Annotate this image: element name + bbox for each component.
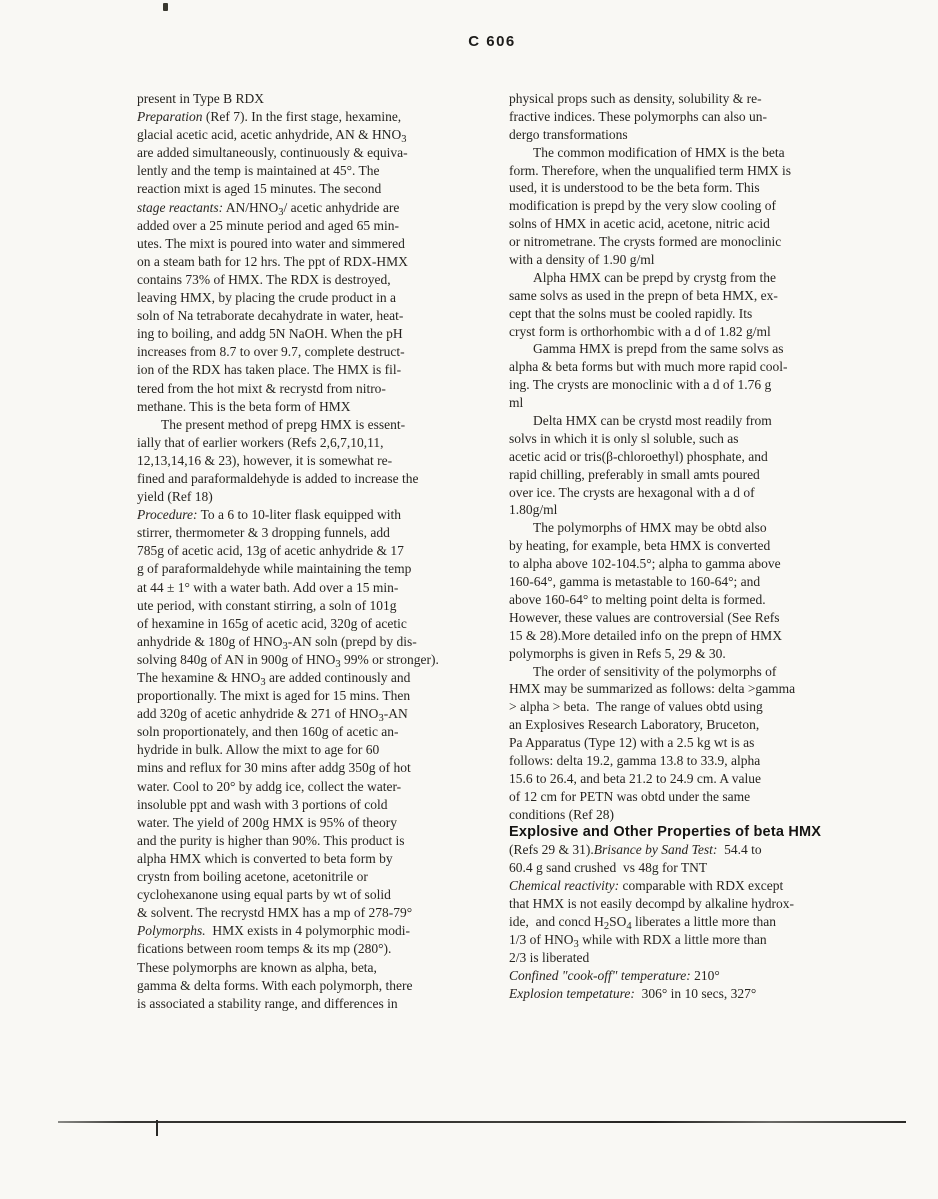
text-segment: lently and the temp is maintained at 45°…: [137, 163, 379, 178]
text-segment: 306° in 10 secs, 327°: [635, 986, 756, 1001]
text-segment: tered from the hot mixt & recrystd from …: [137, 381, 386, 396]
text-segment: Chemical reactivity:: [509, 878, 619, 893]
text-segment: These polymorphs are known as alpha, bet…: [137, 960, 377, 975]
text-segment: cept that the solns must be cooled rapid…: [509, 306, 752, 321]
text-segment: methane. This is the beta form of HMX: [137, 399, 350, 414]
text-line: with a density of 1.90 g/ml: [509, 251, 881, 269]
text-line: water. The yield of 200g HMX is 95% of t…: [137, 814, 509, 832]
text-line: The polymorphs of HMX may be obtd also: [509, 519, 881, 537]
text-segment: ml: [509, 395, 523, 410]
text-segment: / acetic anhydride are: [284, 200, 400, 215]
text-segment: increases from 8.7 to over 9.7, complete…: [137, 344, 405, 359]
text-segment: mins and reflux for 30 mins after addg 3…: [137, 760, 411, 775]
text-line: g of paraformaldehyde while maintaining …: [137, 560, 509, 578]
text-segment: of hexamine in 165g of acetic acid, 320g…: [137, 616, 407, 631]
text-segment: while with RDX a little more than: [579, 932, 767, 947]
text-segment: 785g of acetic acid, 13g of acetic anhyd…: [137, 543, 404, 558]
text-line: or nitrometrane. The crysts formed are m…: [509, 233, 881, 251]
text-segment: ing. The crysts are monoclinic with a d …: [509, 377, 771, 392]
bottom-rule: [58, 1121, 906, 1123]
text-segment: fined and paraformaldehyde is added to i…: [137, 471, 419, 486]
text-segment: Procedure:: [137, 507, 197, 522]
text-segment: -AN soln (prepd by dis-: [288, 634, 417, 649]
text-segment: added over a 25 minute period and aged 6…: [137, 218, 399, 233]
text-line: 15.6 to 26.4, and beta 21.2 to 24.9 cm. …: [509, 770, 881, 788]
text-line: crystn from boiling acetone, acetonitril…: [137, 868, 509, 886]
text-segment: or nitrometrane. The crysts formed are m…: [509, 234, 781, 249]
text-line: physical props such as density, solubili…: [509, 90, 881, 108]
text-segment: anhydride & 180g of HNO: [137, 634, 282, 649]
text-segment: hydride in bulk. Allow the mixt to age f…: [137, 742, 379, 757]
text-line: The hexamine & HNO3 are added continousl…: [137, 669, 509, 687]
text-segment: cryst form is orthorhombic with a d of 1…: [509, 324, 771, 339]
text-line: ion of the RDX has taken place. The HMX …: [137, 361, 509, 379]
text-segment: ially that of earlier workers (Refs 2,6,…: [137, 435, 384, 450]
text-line: yield (Ref 18): [137, 488, 509, 506]
text-line: present in Type B RDX: [137, 90, 509, 108]
text-line: used, it is understood to be the beta fo…: [509, 179, 881, 197]
text-line: dergo transformations: [509, 126, 881, 144]
text-segment: ing to boiling, and addg 5N NaOH. When t…: [137, 326, 403, 341]
text-segment: 54.4 to: [717, 842, 761, 857]
text-segment: HMX may be summarized as follows: delta …: [509, 681, 795, 696]
text-segment: are added simultaneously, continuously &…: [137, 145, 408, 160]
text-segment: comparable with RDX except: [619, 878, 783, 893]
text-line: fined and paraformaldehyde is added to i…: [137, 470, 509, 488]
text-line: 12,13,14,16 & 23), however, it is somewh…: [137, 452, 509, 470]
text-segment: Polymorphs.: [137, 923, 206, 938]
text-line: & solvent. The recrystd HMX has a mp of …: [137, 904, 509, 922]
text-line: acetic acid or tris(β-chloroethyl) phosp…: [509, 448, 881, 466]
text-line: cryst form is orthorhombic with a d of 1…: [509, 323, 881, 341]
text-segment: liberates a little more than: [632, 914, 776, 929]
text-segment: on a steam bath for 12 hrs. The ppt of R…: [137, 254, 408, 269]
text-line: Alpha HMX can be prepd by crystg from th…: [509, 269, 881, 287]
text-segment: solns of HMX in acetic acid, acetone, ni…: [509, 216, 770, 231]
text-segment: an Explosives Research Laboratory, Bruce…: [509, 717, 759, 732]
text-line: hydride in bulk. Allow the mixt to age f…: [137, 741, 509, 759]
text-line: anhydride & 180g of HNO3-AN soln (prepd …: [137, 633, 509, 651]
text-segment: 1/3 of HNO: [509, 932, 574, 947]
text-line: 785g of acetic acid, 13g of acetic anhyd…: [137, 542, 509, 560]
text-line: water. Cool to 20° by addg ice, collect …: [137, 778, 509, 796]
text-line: tered from the hot mixt & recrystd from …: [137, 380, 509, 398]
text-line: Preparation (Ref 7). In the first stage,…: [137, 108, 509, 126]
text-line: of 12 cm for PETN was obtd under the sam…: [509, 788, 881, 806]
text-segment: AN/HNO: [223, 200, 278, 215]
text-line: ml: [509, 394, 881, 412]
text-line: Procedure: To a 6 to 10-liter flask equi…: [137, 506, 509, 524]
text-segment: of 12 cm for PETN was obtd under the sam…: [509, 789, 750, 804]
text-line: soln of Na tetraborate decahydrate in wa…: [137, 307, 509, 325]
text-segment: that HMX is not easily decompd by alkali…: [509, 896, 794, 911]
text-line: at 44 ± 1° with a water bath. Add over a…: [137, 579, 509, 597]
text-line: and the purity is higher than 90%. This …: [137, 832, 509, 850]
text-line: Chemical reactivity: comparable with RDX…: [509, 877, 881, 895]
text-line: fications between room temps & its mp (2…: [137, 940, 509, 958]
text-segment: by heating, for example, beta HMX is con…: [509, 538, 770, 553]
text-line: Delta HMX can be crystd most readily fro…: [509, 412, 881, 430]
text-segment: and the purity is higher than 90%. This …: [137, 833, 404, 848]
text-segment: 12,13,14,16 & 23), however, it is somewh…: [137, 453, 392, 468]
scanned-document-page: C 606 present in Type B RDXPreparation (…: [0, 0, 938, 1199]
text-line: form. Therefore, when the unqualified te…: [509, 162, 881, 180]
text-segment: 2/3 is liberated: [509, 950, 589, 965]
text-line: 2/3 is liberated: [509, 949, 881, 967]
text-line: 60.4 g sand crushed vs 48g for TNT: [509, 859, 881, 877]
text-segment: glacial acetic acid, acetic anhydride, A…: [137, 127, 401, 142]
text-segment: -AN: [384, 706, 408, 721]
text-segment: The present method of prepg HMX is essen…: [161, 417, 405, 432]
text-line: Gamma HMX is prepd from the same solvs a…: [509, 340, 881, 358]
text-segment: yield (Ref 18): [137, 489, 213, 504]
text-segment: solvs in which it is only sl soluble, su…: [509, 431, 739, 446]
text-segment: reaction mixt is aged 15 minutes. The se…: [137, 181, 381, 196]
text-line: fractive indices. These polymorphs can a…: [509, 108, 881, 126]
text-segment: alpha & beta forms but with much more ra…: [509, 359, 788, 374]
text-line: are added simultaneously, continuously &…: [137, 144, 509, 162]
text-segment: SO: [609, 914, 626, 929]
text-segment: leaving HMX, by placing the crude produc…: [137, 290, 396, 305]
text-segment: However, these values are controversial …: [509, 610, 779, 625]
text-line: by heating, for example, beta HMX is con…: [509, 537, 881, 555]
text-segment: alpha HMX which is converted to beta for…: [137, 851, 393, 866]
text-line: same solvs as used in the prepn of beta …: [509, 287, 881, 305]
text-line: glacial acetic acid, acetic anhydride, A…: [137, 126, 509, 144]
text-segment: HMX exists in 4 polymorphic modi-: [206, 923, 410, 938]
text-segment: soln proportionately, and then 160g of a…: [137, 724, 399, 739]
text-segment: (Ref 7). In the first stage, hexamine,: [203, 109, 402, 124]
text-segment: Gamma HMX is prepd from the same solvs a…: [533, 341, 783, 356]
text-line: of hexamine in 165g of acetic acid, 320g…: [137, 615, 509, 633]
text-segment: conditions (Ref 28): [509, 807, 614, 822]
text-line: (Refs 29 & 31).Brisance by Sand Test: 54…: [509, 841, 881, 859]
text-line: > alpha > beta. The range of values obtd…: [509, 698, 881, 716]
text-line: ing. The crysts are monoclinic with a d …: [509, 376, 881, 394]
text-segment: add 320g of acetic anhydride & 271 of HN…: [137, 706, 378, 721]
text-line: mins and reflux for 30 mins after addg 3…: [137, 759, 509, 777]
text-line: ing to boiling, and addg 5N NaOH. When t…: [137, 325, 509, 343]
text-line: Polymorphs. HMX exists in 4 polymorphic …: [137, 922, 509, 940]
text-segment: to alpha above 102-104.5°; alpha to gamm…: [509, 556, 781, 571]
text-line: conditions (Ref 28): [509, 806, 881, 824]
text-segment: polymorphs is given in Refs 5, 29 & 30.: [509, 646, 726, 661]
text-line: add 320g of acetic anhydride & 271 of HN…: [137, 705, 509, 723]
text-segment: ion of the RDX has taken place. The HMX …: [137, 362, 401, 377]
text-line: cyclohexanone using equal parts by wt of…: [137, 886, 509, 904]
text-segment: 210°: [691, 968, 720, 983]
text-segment: The hexamine & HNO: [137, 670, 260, 685]
left-column: present in Type B RDXPreparation (Ref 7)…: [137, 90, 509, 1013]
text-line: proportionally. The mixt is aged for 15 …: [137, 687, 509, 705]
text-segment: Pa Apparatus (Type 12) with a 2.5 kg wt …: [509, 735, 754, 750]
text-line: ide, and concd H2SO4 liberates a little …: [509, 913, 881, 931]
text-line: increases from 8.7 to over 9.7, complete…: [137, 343, 509, 361]
text-segment: ute period, with constant stirring, a so…: [137, 598, 396, 613]
text-line: follows: delta 19.2, gamma 13.8 to 33.9,…: [509, 752, 881, 770]
text-line: Confined "cook-off" temperature: 210°: [509, 967, 881, 985]
text-line: polymorphs is given in Refs 5, 29 & 30.: [509, 645, 881, 663]
scan-artifact-mark: [163, 3, 168, 11]
text-line: The common modification of HMX is the be…: [509, 144, 881, 162]
section-heading: Explosive and Other Properties of beta H…: [509, 824, 881, 842]
text-segment: gamma & delta forms. With each polymorph…: [137, 978, 413, 993]
text-segment: water. Cool to 20° by addg ice, collect …: [137, 779, 401, 794]
text-line: Explosion tempetature: 306° in 10 secs, …: [509, 985, 881, 1003]
text-segment: rapid chilling, preferably in small amts…: [509, 467, 760, 482]
text-segment: 15 & 28).More detailed info on the prepn…: [509, 628, 782, 643]
text-line: HMX may be summarized as follows: delta …: [509, 680, 881, 698]
text-segment: Confined "cook-off" temperature:: [509, 968, 691, 983]
text-line: that HMX is not easily decompd by alkali…: [509, 895, 881, 913]
text-segment: is associated a stability range, and dif…: [137, 996, 398, 1011]
text-segment: g of paraformaldehyde while maintaining …: [137, 561, 411, 576]
text-line: on a steam bath for 12 hrs. The ppt of R…: [137, 253, 509, 271]
text-segment: with a density of 1.90 g/ml: [509, 252, 655, 267]
text-segment: To a 6 to 10-liter flask equipped with: [197, 507, 401, 522]
text-segment: dergo transformations: [509, 127, 628, 142]
page-number: C 606: [0, 33, 938, 50]
text-segment: The order of sensitivity of the polymorp…: [533, 664, 776, 679]
text-line: modification is prepd by the very slow c…: [509, 197, 881, 215]
text-line: 1.80g/ml: [509, 501, 881, 519]
text-line: an Explosives Research Laboratory, Bruce…: [509, 716, 881, 734]
text-segment: stage reactants:: [137, 200, 223, 215]
text-segment: Preparation: [137, 109, 203, 124]
text-line: rapid chilling, preferably in small amts…: [509, 466, 881, 484]
text-segment: contains 73% of HMX. The RDX is destroye…: [137, 272, 391, 287]
text-segment: soln of Na tetraborate decahydrate in wa…: [137, 308, 403, 323]
text-segment: proportionally. The mixt is aged for 15 …: [137, 688, 410, 703]
text-segment: Brisance by Sand Test:: [594, 842, 718, 857]
text-segment: & solvent. The recrystd HMX has a mp of …: [137, 905, 412, 920]
text-line: is associated a stability range, and dif…: [137, 995, 509, 1013]
text-line: The present method of prepg HMX is essen…: [137, 416, 509, 434]
text-segment: crystn from boiling acetone, acetonitril…: [137, 869, 368, 884]
text-segment: present in Type B RDX: [137, 91, 264, 106]
text-line: alpha & beta forms but with much more ra…: [509, 358, 881, 376]
text-segment: Delta HMX can be crystd most readily fro…: [533, 413, 772, 428]
text-line: gamma & delta forms. With each polymorph…: [137, 977, 509, 995]
text-segment: 1.80g/ml: [509, 502, 557, 517]
text-line: 15 & 28).More detailed info on the prepn…: [509, 627, 881, 645]
text-line: lently and the temp is maintained at 45°…: [137, 162, 509, 180]
text-segment: above 160-64° to melting point delta is …: [509, 592, 766, 607]
text-line: solvs in which it is only sl soluble, su…: [509, 430, 881, 448]
text-segment: Explosion tempetature:: [509, 986, 635, 1001]
text-line: stirrer, thermometer & 3 dropping funnel…: [137, 524, 509, 542]
text-line: The order of sensitivity of the polymorp…: [509, 663, 881, 681]
text-segment: form. Therefore, when the unqualified te…: [509, 163, 791, 178]
text-segment: 99% or stronger).: [341, 652, 439, 667]
text-segment: fications between room temps & its mp (2…: [137, 941, 391, 956]
text-segment: solving 840g of AN in 900g of HNO: [137, 652, 335, 667]
text-line: solving 840g of AN in 900g of HNO3 99% o…: [137, 651, 509, 669]
text-line: to alpha above 102-104.5°; alpha to gamm…: [509, 555, 881, 573]
text-segment: stirrer, thermometer & 3 dropping funnel…: [137, 525, 390, 540]
text-segment: cyclohexanone using equal parts by wt of…: [137, 887, 391, 902]
right-column: physical props such as density, solubili…: [509, 90, 881, 1002]
text-line: contains 73% of HMX. The RDX is destroye…: [137, 271, 509, 289]
text-segment: water. The yield of 200g HMX is 95% of t…: [137, 815, 397, 830]
text-segment: ide, and concd H: [509, 914, 604, 929]
text-line: over ice. The crysts are hexagonal with …: [509, 484, 881, 502]
text-line: alpha HMX which is converted to beta for…: [137, 850, 509, 868]
text-line: insoluble ppt and wash with 3 portions o…: [137, 796, 509, 814]
text-segment: used, it is understood to be the beta fo…: [509, 180, 760, 195]
text-segment: 15.6 to 26.4, and beta 21.2 to 24.9 cm. …: [509, 771, 761, 786]
text-line: above 160-64° to melting point delta is …: [509, 591, 881, 609]
text-line: reaction mixt is aged 15 minutes. The se…: [137, 180, 509, 198]
bottom-rule-tick: [156, 1120, 158, 1136]
text-segment: (Refs 29 & 31).: [509, 842, 594, 857]
text-segment: utes. The mixt is poured into water and …: [137, 236, 405, 251]
text-segment: at 44 ± 1° with a water bath. Add over a…: [137, 580, 398, 595]
text-line: solns of HMX in acetic acid, acetone, ni…: [509, 215, 881, 233]
text-line: added over a 25 minute period and aged 6…: [137, 217, 509, 235]
text-segment: physical props such as density, solubili…: [509, 91, 762, 106]
text-segment: The polymorphs of HMX may be obtd also: [533, 520, 767, 535]
text-line: These polymorphs are known as alpha, bet…: [137, 959, 509, 977]
text-line: 1/3 of HNO3 while with RDX a little more…: [509, 931, 881, 949]
text-segment: Alpha HMX can be prepd by crystg from th…: [533, 270, 776, 285]
text-segment: same solvs as used in the prepn of beta …: [509, 288, 778, 303]
text-line: utes. The mixt is poured into water and …: [137, 235, 509, 253]
text-segment: follows: delta 19.2, gamma 13.8 to 33.9,…: [509, 753, 760, 768]
text-segment: 60.4 g sand crushed vs 48g for TNT: [509, 860, 707, 875]
text-line: 160-64°, gamma is metastable to 160-64°;…: [509, 573, 881, 591]
text-line: stage reactants: AN/HNO3/ acetic anhydri…: [137, 199, 509, 217]
text-line: leaving HMX, by placing the crude produc…: [137, 289, 509, 307]
text-line: However, these values are controversial …: [509, 609, 881, 627]
text-line: cept that the solns must be cooled rapid…: [509, 305, 881, 323]
text-segment: > alpha > beta. The range of values obtd…: [509, 699, 763, 714]
text-line: ially that of earlier workers (Refs 2,6,…: [137, 434, 509, 452]
text-segment: insoluble ppt and wash with 3 portions o…: [137, 797, 387, 812]
text-segment: modification is prepd by the very slow c…: [509, 198, 776, 213]
text-segment: are added continously and: [266, 670, 411, 685]
text-line: soln proportionately, and then 160g of a…: [137, 723, 509, 741]
text-segment: acetic acid or tris(β-chloroethyl) phosp…: [509, 449, 768, 464]
text-segment: Explosive and Other Properties of beta H…: [509, 824, 821, 840]
text-segment: fractive indices. These polymorphs can a…: [509, 109, 767, 124]
text-segment: The common modification of HMX is the be…: [533, 145, 785, 160]
text-segment: over ice. The crysts are hexagonal with …: [509, 485, 755, 500]
text-line: methane. This is the beta form of HMX: [137, 398, 509, 416]
text-line: Pa Apparatus (Type 12) with a 2.5 kg wt …: [509, 734, 881, 752]
text-line: ute period, with constant stirring, a so…: [137, 597, 509, 615]
text-segment: 160-64°, gamma is metastable to 160-64°;…: [509, 574, 760, 589]
